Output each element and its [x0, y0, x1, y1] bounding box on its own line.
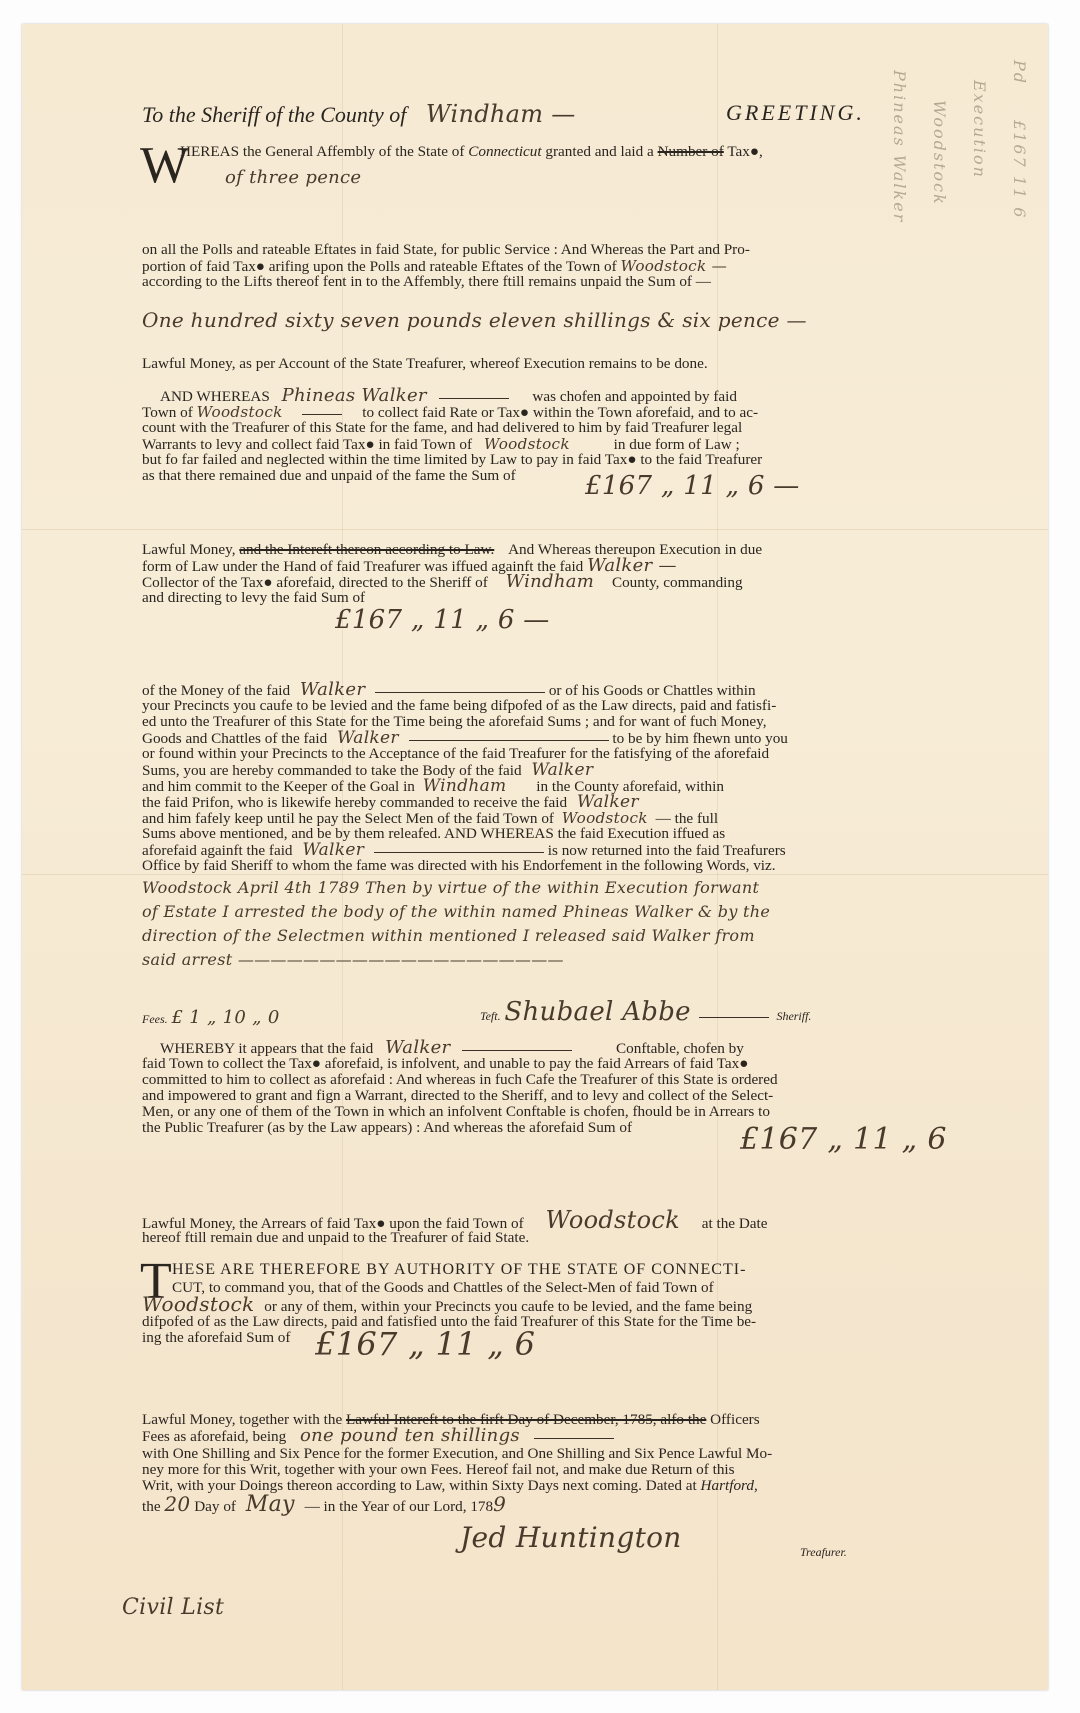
day-handwritten: 20: [164, 1492, 190, 1516]
text-line: and him commit to the Keeper of the Goal…: [142, 778, 902, 795]
text-line: Fees as aforefaid, being one pound ten s…: [142, 1428, 902, 1445]
salutation: To the Sheriff of the County of Windham …: [142, 100, 576, 128]
text-line: Sums above mentioned, and be by them rel…: [142, 826, 902, 842]
text-line: count with the Treafurer of this State f…: [142, 420, 902, 436]
treasurer-label: Treafurer.: [800, 1544, 900, 1560]
docket-note: Civil List: [122, 1600, 322, 1616]
text-line: faid Town to collect the Tax● aforefaid,…: [142, 1056, 902, 1072]
place-dated: Hartford,: [701, 1477, 758, 1494]
text-line: Office by faid Sheriff to whom the fame …: [142, 858, 902, 874]
text-line: committed to him to collect as aforefaid…: [142, 1072, 902, 1088]
text-line: Lawful Money, as per Account of the Stat…: [142, 356, 902, 372]
endorsement-line: said arrest ————————————————————: [142, 952, 902, 968]
endorsement-line: direction of the Selectmen within mentio…: [142, 928, 902, 944]
text-line: Lawful Money, together with the Lawful I…: [142, 1412, 902, 1428]
text-line: the faid Prifon, who is likewife hereby …: [142, 794, 902, 811]
handwritten-sum: £167 „ 11 „ 6: [740, 1132, 940, 1148]
collector-name: Phineas Walker: [282, 385, 427, 406]
fees-handwritten: one pound ten shillings: [300, 1425, 520, 1446]
margin-note: £167 11 6: [1010, 120, 1029, 219]
text-line: with One Shilling and Six Pence for the …: [142, 1446, 902, 1462]
fold-line: [22, 874, 1048, 875]
endorsement-line: Woodstock April 4th 1789 Then by virtue …: [142, 880, 902, 896]
text-line: on all the Polls and rateable Eftates in…: [142, 242, 902, 258]
handwritten-sum: £167 „ 11 „ 6 —: [335, 612, 1080, 628]
month-handwritten: May: [246, 1492, 295, 1517]
greeting: GREETING.: [726, 100, 865, 126]
text-line: ney more for this Writ, together with yo…: [142, 1462, 902, 1478]
text-line: your Precincts you caufe to be levied an…: [142, 698, 902, 714]
text-line: CUT, to command you, that of the Goods a…: [172, 1280, 932, 1296]
endorsement-line: of Estate I arrested the body of the wit…: [142, 904, 902, 920]
margin-note: Execution: [970, 80, 989, 179]
text-line: Men, or any one of them of the Town in w…: [142, 1104, 902, 1120]
text-line: hereof ftill remain due and unpaid to th…: [142, 1230, 902, 1246]
text-line: and directing to levy the faid Sum of: [142, 590, 902, 606]
text-line: or found within your Precincts to the Ac…: [142, 746, 902, 762]
text-line: according to the Lifts thereof fent in t…: [142, 274, 902, 290]
handwritten-sum-words: One hundred sixty seven pounds eleven sh…: [142, 312, 902, 328]
date-line: the 20 Day of May — in the Year of our L…: [142, 1496, 902, 1515]
handwritten-sum: £167 „ 11 „ 6: [315, 1336, 1075, 1352]
attestation: Teft. Shubael Abbe Sheriff.: [480, 1004, 900, 1024]
text-line: and impowered to grant and fign a Warran…: [142, 1088, 902, 1104]
handwritten-sum: £167 „ 11 „ 6 —: [585, 478, 1080, 494]
handwritten-tax-rate: of three pence: [225, 170, 985, 186]
fees-value: £ 1 „ 10 „ 0: [171, 1007, 279, 1028]
text-line: but fo far failed and neglected within t…: [142, 452, 902, 468]
treasurer-signature: Jed Huntington: [460, 1530, 720, 1546]
text-line: Sums, you are hereby commanded to take t…: [142, 762, 902, 779]
text-line: Lawful Money, and the Intereft thereon a…: [142, 542, 902, 558]
text-line: HESE ARE THEREFORE BY AUTHORITY OF THE S…: [172, 1262, 932, 1278]
county-handwritten: Windham —: [426, 100, 576, 128]
sheriff-signature: Shubael Abbe: [504, 997, 690, 1027]
year-digit-handwritten: 9: [493, 1492, 506, 1516]
margin-note: Pd: [1010, 60, 1029, 85]
text-line: HEREAS the General Affembly of the State…: [180, 144, 940, 160]
margin-annotations: Phineas Walker Woodstock Execution £167 …: [880, 60, 1050, 780]
text-line: ed unto the Treafurer of this State for …: [142, 714, 902, 730]
